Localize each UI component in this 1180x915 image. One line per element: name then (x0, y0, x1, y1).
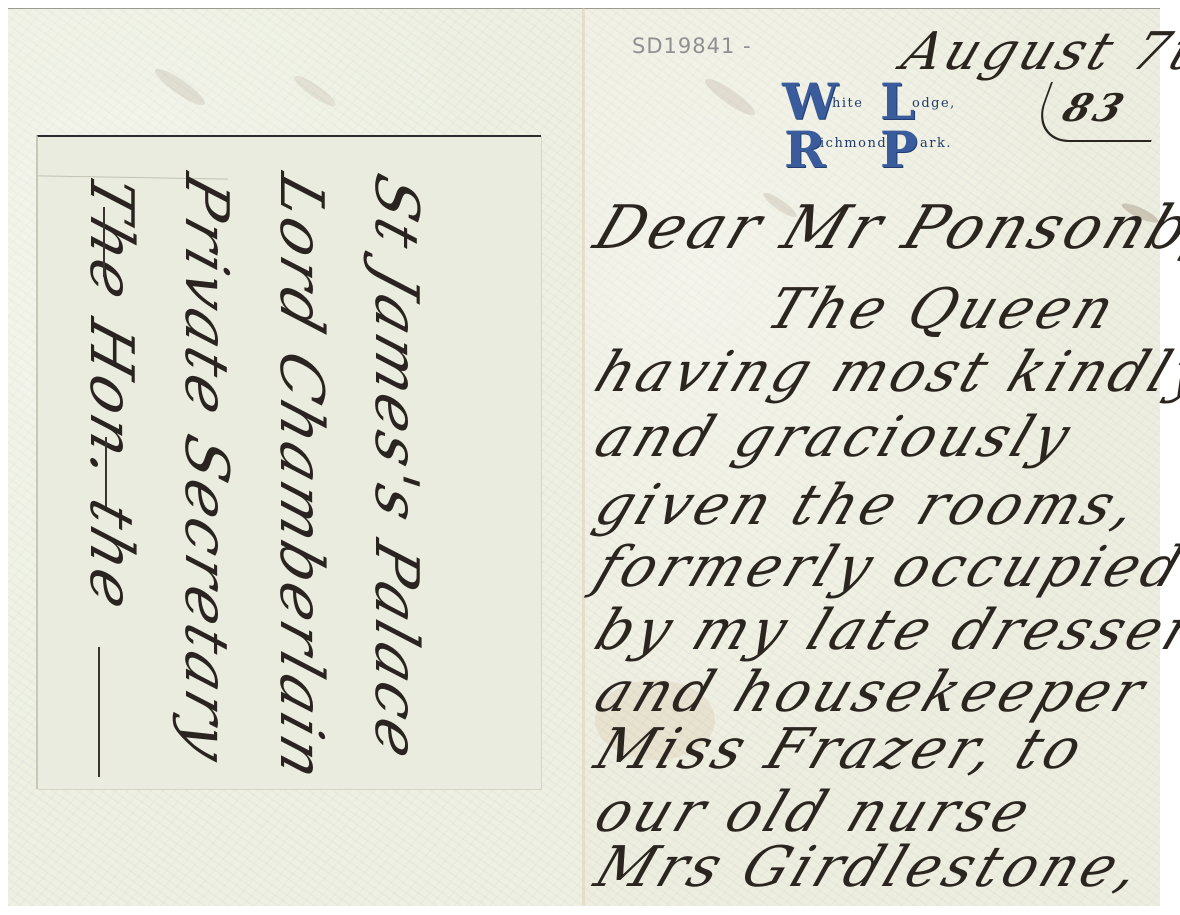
letter-line: our old nurse (588, 785, 1041, 841)
letter-line: formerly occupied (588, 540, 1180, 596)
letterhead: W hite L odge, R ichmond P ark. (780, 78, 980, 184)
letterhead-text: hite (832, 96, 863, 111)
letter-salutation: Dear Mr Ponsonby, (588, 200, 1180, 256)
letter-line: and graciously (588, 410, 1081, 466)
letterhead-text: odge, (912, 96, 956, 111)
letterhead-text: ichmond (820, 136, 887, 151)
letter-line: and housekeeper (588, 665, 1155, 721)
envelope-address-line: Lord Chamberlain (266, 166, 336, 789)
envelope: The Hon. the Private Secretary Lord Cham… (37, 135, 541, 789)
envelope-address-line: The Hon. the (76, 166, 146, 621)
letter-date-month: August 7th (894, 22, 1180, 82)
letterhead-text: ark. (920, 136, 952, 151)
letter-line: having most kindly (588, 345, 1180, 401)
envelope-address: The Hon. the Private Secretary Lord Cham… (38, 137, 541, 789)
letterhead-initial: P (880, 120, 918, 179)
letter-line: Mrs Girdlestone, (588, 840, 1151, 896)
letter-line: given the rooms, (588, 478, 1148, 534)
underline-stroke (98, 647, 100, 777)
underline-stroke (103, 207, 105, 277)
archive-reference: SD19841 - (632, 34, 752, 58)
letter-line: by my late dresser (588, 603, 1180, 659)
underline-stroke (105, 437, 107, 507)
envelope-address-line: Private Secretary (171, 166, 241, 773)
envelope-address-line: St James's Palace (361, 166, 431, 771)
letter-line: The Queen (760, 282, 1125, 338)
paper-fold (582, 8, 585, 905)
letter-line: Miss Frazer, to (588, 722, 1093, 778)
